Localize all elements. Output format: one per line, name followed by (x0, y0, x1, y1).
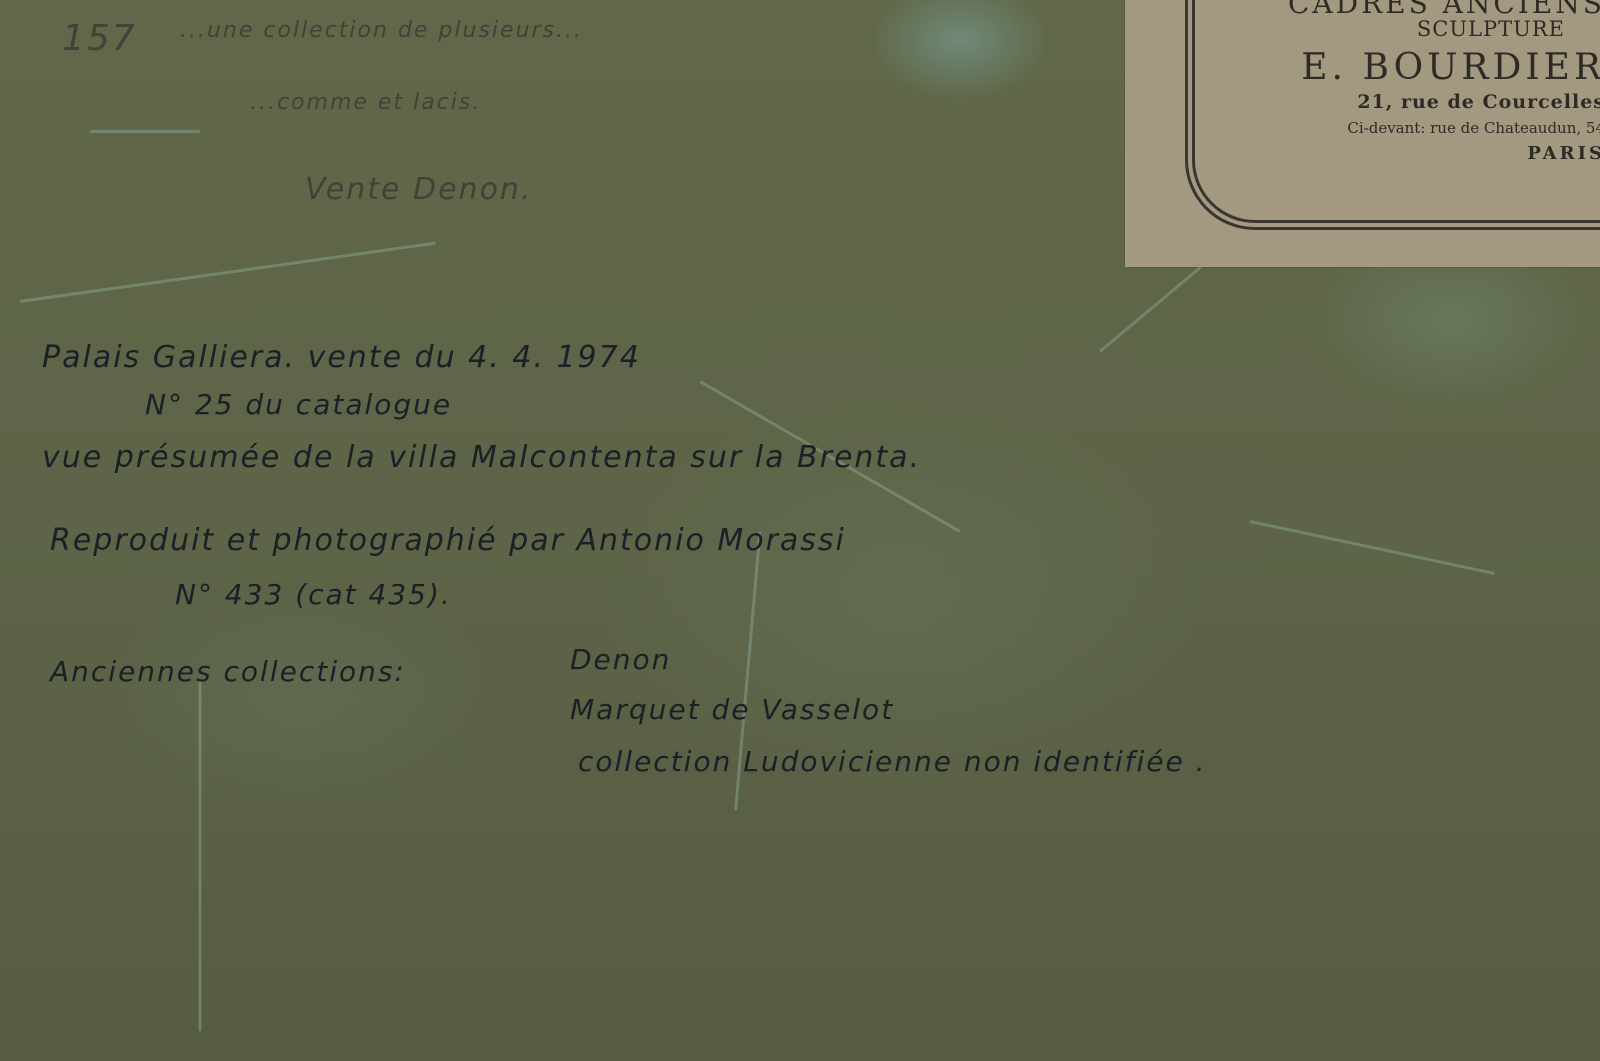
label-line-name: E. BOURDIER (1301, 47, 1600, 88)
note-collection-marquet: Marquet de Vasselot (570, 693, 894, 726)
label-line-former-address: Ci-devant: rue de Chateaudun, 54 (1347, 119, 1600, 137)
note-sale-line: Palais Galliera. vente du 4. 4. 1974 (42, 340, 641, 375)
faint-note-line2: ...comme et lacis. (250, 90, 481, 115)
note-catalogue-number: N° 25 du catalogue (145, 388, 452, 421)
note-collections-label: Anciennes collections: (50, 655, 406, 688)
faint-note-line1: ...une collection de plusieurs... (180, 18, 583, 43)
faint-note-number: 157 (62, 18, 137, 59)
note-morassi-number: N° 433 (cat 435). (175, 578, 452, 611)
note-collection-unidentified: collection Ludovicienne non identifiée . (578, 745, 1207, 778)
label-line-address: 21, rue de Courcelles (1357, 91, 1600, 113)
note-subject: vue présumée de la villa Malcontenta sur… (42, 440, 921, 475)
label-line-sculpture: SCULPTURE (1417, 17, 1565, 41)
framer-label: CADRES ANCIENS SCULPTURE E. BOURDIER 21,… (1125, 0, 1600, 267)
faint-note-line3: Vente Denon. (305, 172, 532, 207)
note-collection-denon: Denon (570, 643, 671, 676)
scratch-mark (90, 130, 200, 133)
scratch-mark (199, 682, 202, 1032)
note-reproduction: Reproduit et photographié par Antonio Mo… (50, 523, 846, 558)
label-line-city: PARIS (1527, 143, 1600, 164)
